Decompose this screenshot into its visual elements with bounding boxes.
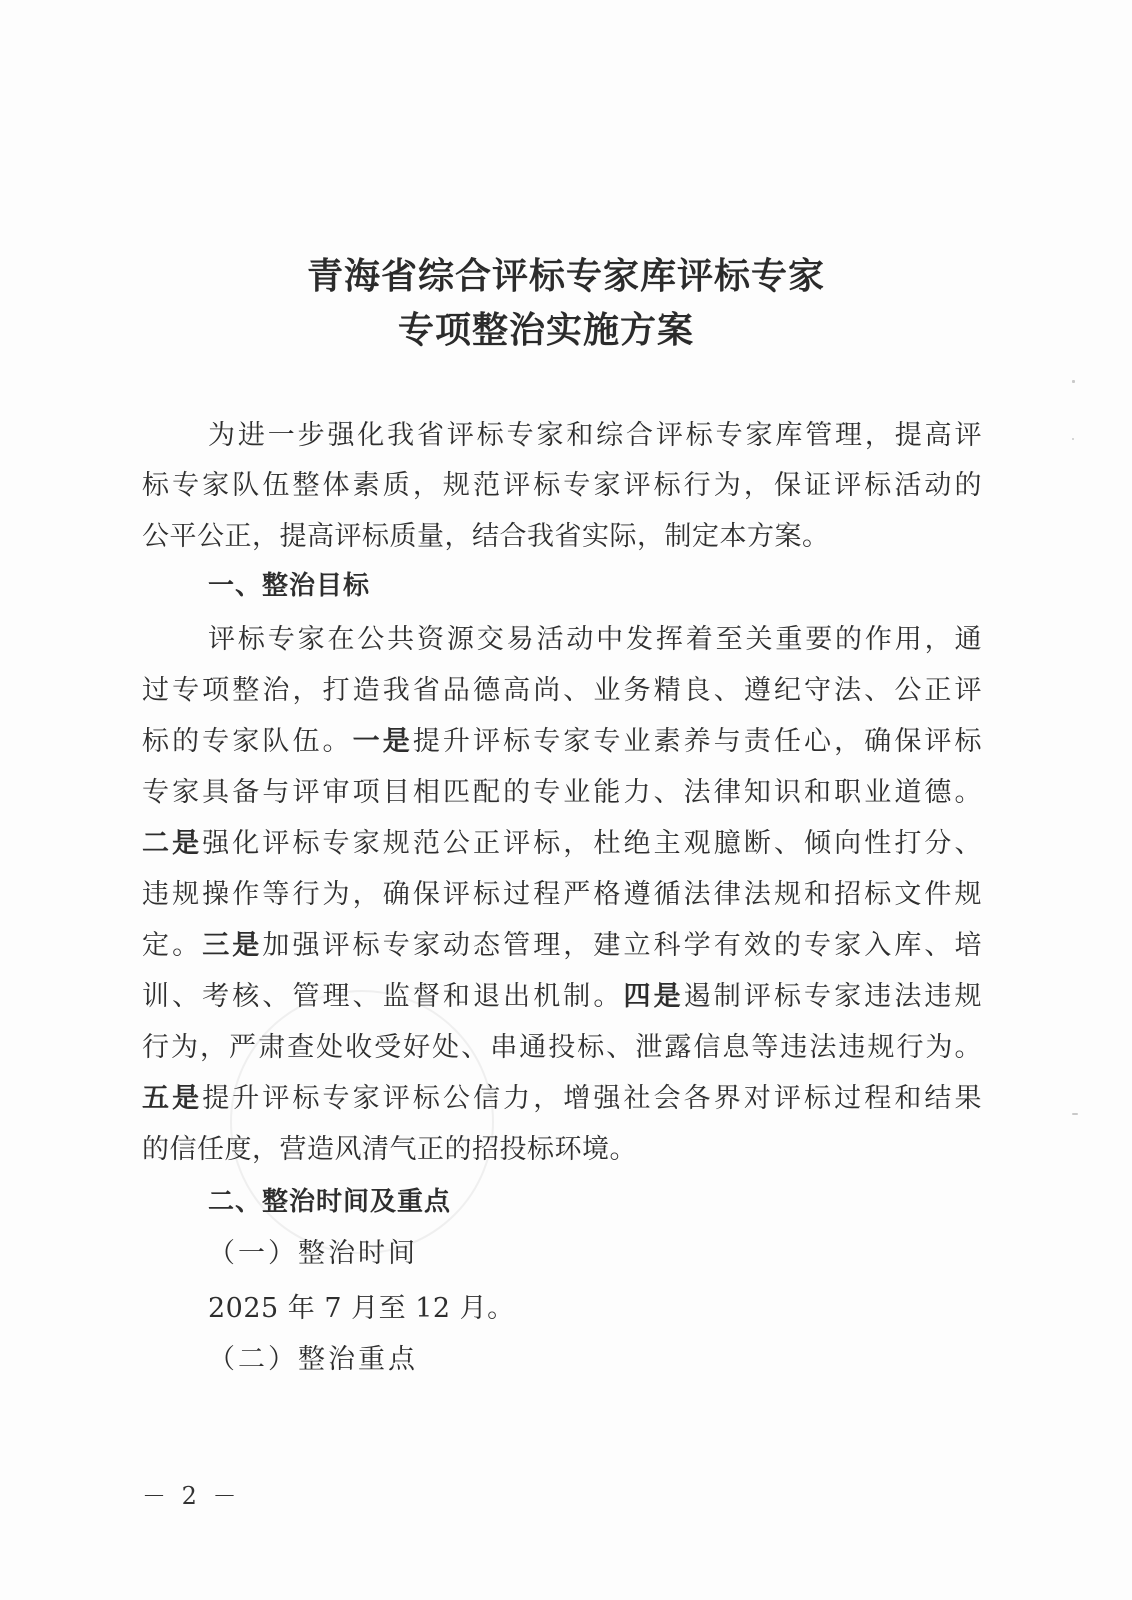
emphasis-four: 四是 (623, 981, 683, 1012)
paragraph-line: 违规操作等行为，确保评标过程严格遵循法律法规和招标文件规 (142, 875, 982, 915)
intro-line: 标专家队伍整体素质，规范评标专家评标行为，保证评标活动的 (142, 466, 982, 506)
document-title-line-2: 专项整治实施方案 (0, 302, 1112, 353)
document-title-line-1: 青海省综合评标专家库评标专家 (0, 248, 1132, 299)
text-run: 提升评标专家评标公信力，增强社会各界对评标过程和结果 (202, 1083, 982, 1114)
paragraph-line: 过专项整治，打造我省品德高尚、业务精良、遵纪守法、公正评 (142, 671, 982, 711)
scan-speck (1072, 438, 1074, 440)
text-run: 提升评标专家专业素养与责任心，确保评标 (413, 726, 982, 757)
emphasis-one: 一是 (353, 726, 413, 757)
paragraph-line: 五是提升评标专家评标公信力，增强社会各界对评标过程和结果 (142, 1079, 982, 1119)
section-heading-time-focus: 二、整治时间及重点 (208, 1182, 451, 1222)
paragraph-line: 标的专家队伍。一是提升评标专家专业素养与责任心，确保评标 (142, 722, 982, 762)
paragraph-line: 训、考核、管理、监督和退出机制。四是遏制评标专家违法违规 (142, 977, 982, 1017)
subsection-heading-focus: （二）整治重点 (208, 1340, 418, 1380)
rectification-period: 2025 年 7 月至 12 月。 (208, 1289, 515, 1329)
paragraph-line: 专家具备与评审项目相匹配的专业能力、法律知识和职业道德。 (142, 773, 982, 813)
scan-speck (1072, 380, 1075, 383)
paragraph-line: 行为，严肃查处收受好处、串通投标、泄露信息等违法违规行为。 (142, 1028, 982, 1068)
text-run: 标的专家队伍。 (142, 726, 353, 757)
intro-line: 公平公正，提高评标质量，结合我省实际，制定本方案。 (142, 517, 830, 557)
paragraph-line: 评标专家在公共资源交易活动中发挥着至关重要的作用，通 (208, 620, 982, 660)
text-run: 定。 (142, 930, 202, 961)
emphasis-three: 三是 (202, 930, 262, 961)
paragraph-line: 二是强化评标专家规范公正评标，杜绝主观臆断、倾向性打分、 (142, 824, 982, 864)
emphasis-two: 二是 (142, 828, 202, 859)
text-run: 遏制评标专家违法违规 (684, 981, 982, 1012)
intro-line: 为进一步强化我省评标专家和综合评标专家库管理，提高评 (208, 416, 982, 456)
document-page: 青海省综合评标专家库评标专家 专项整治实施方案 为进一步强化我省评标专家和综合评… (0, 0, 1132, 1600)
text-run: 强化评标专家规范公正评标，杜绝主观臆断、倾向性打分、 (202, 828, 982, 859)
paragraph-line: 的信任度，营造风清气正的招投标环境。 (142, 1130, 637, 1170)
emphasis-five: 五是 (142, 1083, 202, 1114)
paragraph-line: 定。三是加强评标专家动态管理，建立科学有效的专家入库、培 (142, 926, 982, 966)
text-run: 加强评标专家动态管理，建立科学有效的专家入库、培 (262, 930, 982, 961)
page-number: － 2 － (142, 1476, 241, 1511)
text-run: 训、考核、管理、监督和退出机制。 (142, 981, 623, 1012)
scan-speck (1072, 1113, 1078, 1115)
subsection-heading-time: （一）整治时间 (208, 1234, 418, 1274)
section-heading-goals: 一、整治目标 (208, 566, 370, 606)
